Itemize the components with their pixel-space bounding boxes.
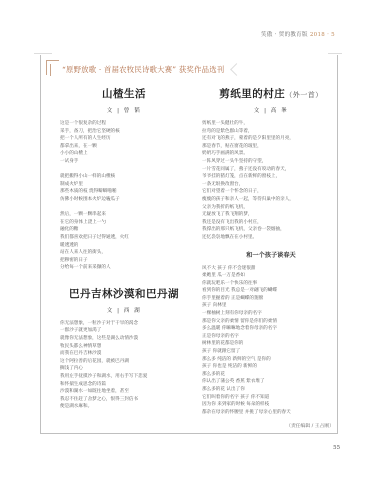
poem-line: 因为你 来到家的时候 每朵的样枝	[202, 401, 340, 409]
poem-line: 那是你父亲的柔情 留你是你们的柔情	[202, 318, 340, 326]
poem-line: 而我在巴丹吉林沙漠	[60, 350, 188, 358]
poem-line: 我忍不住赶了舍梦之心，恨得三封信书	[60, 396, 188, 404]
issue-number: 2018 · 5	[310, 32, 335, 38]
poem-line: 搁浅了内心	[60, 365, 188, 373]
page-number: 55	[333, 445, 340, 451]
poem-line: 把穆密的日子	[60, 257, 188, 265]
poem-body: 你无法想象，一粒沙子对于干旱的渴念一群沙子就更加渴了就像你无法想象，这些是湖么动…	[60, 320, 188, 411]
editor-credit: （责任编辑 / 王占刚）	[202, 422, 340, 429]
poem-line: 在它的身体上浇上一勺	[60, 219, 188, 227]
poem-line: 瘦瘦的孩子和亲人一起，等待归巢中的亲人，	[202, 196, 340, 204]
poem-stanza: 风不大 孩子 你不会迷很甜柔她里 瓜一万是香如你就玩吧乐一个快乐的往事看到你的目…	[202, 265, 340, 417]
left-column: 山楂生活 文 | 曾 韬 这是一个很复杂的过程采手，备刀，把治它坚硬的核把一个人…	[60, 86, 188, 411]
poem-title: 剪纸里的村庄（外一首）	[202, 86, 340, 101]
poem-author: 文 | 西 湖	[60, 306, 188, 314]
poem-line: 一棵柚树上刻有你母亲的名字	[202, 310, 340, 318]
poem-line: 奶奶巧手画满的风景。	[202, 150, 340, 158]
poem-line: 那么多的花 认出了你	[202, 386, 340, 394]
poem-line: 你手里握着的 正是蝴蝶的翅膀	[202, 295, 340, 303]
poem-line: 一条无垠换改窗台，	[202, 181, 340, 189]
poem-line: 父亲为我折的纸飞机，	[202, 204, 340, 212]
poem-line: 小小的山楂上	[60, 150, 188, 158]
poem-line: 那是春节，贴在窗花的玻里，	[202, 143, 340, 151]
poem-line: 我还是没有飞出我的小村庄，	[202, 219, 340, 227]
journal-name: 笑傲 · 贸的教育版	[261, 32, 308, 38]
poem-line: 一阵风穿过一头牛坚持的守望，	[202, 158, 340, 166]
section-banner: “原野放歌 · 首届农牧民诗歌大赛” 获奖作品选刊	[50, 62, 241, 76]
poem-line: 把一个人所有的人生经历	[60, 135, 188, 143]
poem-line: 采手，备刀，把治它坚硬的核	[60, 128, 188, 136]
poem-line: 还有对飞的燕子，蒙着的是夕阳里里的月亮，	[202, 135, 340, 143]
poem-line: 树林里的花都是你的	[202, 340, 340, 348]
poem-line: 那么多 纯洁的 新鲜的空气 是你的	[202, 356, 340, 364]
banner-text: “原野放歌 · 首届农牧民诗歌大赛” 获奖作品选刊	[50, 64, 224, 75]
poem-line: 就像你无法想象，这些是湖么动情沙漠	[60, 335, 188, 343]
poem-line: 你认出了蒲公英 香蕉 紫衣堆了	[202, 378, 340, 386]
poem-line: 拉弯的是紫色群山等着，	[202, 128, 340, 136]
poem-line: 一群沙子就更加渴了	[60, 327, 188, 335]
poem-line: 你就玩吧乐一个快乐的往事	[202, 280, 340, 288]
poem-line: 无疑放飞了我飞翔的梦，	[202, 211, 340, 219]
poem-line: 都拿出来，在一颗	[60, 143, 188, 151]
poem-line: 我用左手抚摸沙子和湖水，用右手写下悲爱	[60, 373, 188, 381]
poem-line: 一片雪花同属了，燕子还没有咬动的春天，	[202, 166, 340, 174]
poem-stanza: 你无法想象，一粒沙子对于干旱的渴念一群沙子就更加渴了就像你无法想象，这些是湖么动…	[60, 320, 188, 411]
poem-line: 孩子 你也是 纯洁的 新鲜的	[202, 363, 340, 371]
frame-decoration-left	[34, 53, 52, 54]
poem-line: 牧民头都么神情草想	[60, 343, 188, 351]
poem-line: 融化的糖	[60, 226, 188, 234]
poem-line: 沙漠和湖水一如既往地坐着，甚至	[60, 388, 188, 396]
running-head: 笑傲 · 贸的教育版 2018 · 5	[261, 30, 335, 38]
poem-line: 仿佛小时候围本火炉边嗑瓜子	[60, 196, 188, 204]
poem-line: 你无法想象，一粒沙子对于干旱的渴念	[60, 320, 188, 328]
poem-line: 那么多的花	[202, 371, 340, 379]
poem-line: 爷爷挂的猪灯笼，点在新鲜的窗枝上，	[202, 173, 340, 181]
poem-line: 站在人来人往的街头，	[60, 249, 188, 257]
poem-line: 还忆袅袅地飘在在小村里。	[202, 234, 340, 242]
poem-line: 多么温暖 你嘛嘛地念着你母亲的名字	[202, 325, 340, 333]
poem-title-suffix: （外一首）	[285, 91, 323, 99]
poem-author: 文 | 曾 韬	[60, 106, 188, 114]
frame-decoration-right	[328, 53, 342, 54]
poem-line: 它们对望着一个怀念的日子，	[202, 188, 340, 196]
poem-line: 那些木质的枝 烧得噼噼啪啪	[60, 188, 188, 196]
poem-body: 这是一个很复杂的过程采手，备刀，把治它坚硬的核把一个人所有的人生经历都拿出来，在…	[60, 120, 188, 272]
poem-line: 这个阿拉善的后花园，就被巴丹湖	[60, 358, 188, 366]
poem-line: 柔她里 瓜一万是香如	[202, 272, 340, 280]
poem-line: 暖透透的	[60, 242, 188, 250]
poem-line: 剪纸里一头健壮的牛，	[202, 120, 340, 128]
poem-line: 它们叫着你的名字 孩子 你不知道	[202, 394, 340, 402]
poem-line: 和怀揣生成思念的诗篇	[60, 381, 188, 389]
poem-line: 正是你母亲的名字	[202, 333, 340, 341]
poem-author: 文 | 高 峯	[202, 106, 340, 114]
poem-stanza: 剪纸里一头健壮的牛，拉弯的是紫色群山等着，还有对飞的燕子，蒙着的是夕阳里里的月亮…	[202, 120, 340, 242]
poem-line: 我撑出的那只纸飞机，父亲卷一袋烟抽，	[202, 226, 340, 234]
poem-body: 剪纸里一头健壮的牛，拉弯的是紫色群山等着，还有对飞的燕子，蒙着的是夕阳里里的月亮…	[202, 120, 340, 242]
poem-line: 分给每一个前来采撷的人	[60, 264, 188, 272]
right-column: 剪纸里的村庄（外一首） 文 | 高 峯 剪纸里一头健壮的牛，拉弯的是紫色群山等着…	[202, 86, 340, 429]
poem-title: 山楂生活	[60, 86, 188, 101]
poem-line: 看到你的目光 我总是一对翩飞的蝴蝶	[202, 287, 340, 295]
poem-title: 巴丹吉林沙漠和巴丹湖	[60, 286, 188, 301]
poem-line: 就把搬得小山一样的山楂核	[60, 173, 188, 181]
poem-title-text: 剪纸里的村庄	[219, 88, 285, 100]
poem-stanza: 然后，一颗一颗串起来在它的身体上浇上一勺融化的糖我们都喜欢把日子过得通透，火红暖…	[60, 211, 188, 272]
poem-line: 风不大 孩子 你不会迷很甜	[202, 265, 340, 273]
poem-line: 制成火炉里	[60, 181, 188, 189]
poem-line: 我们都喜欢把日子过得通透，火红	[60, 234, 188, 242]
poem-line: 便是湖水麻和。	[60, 403, 188, 411]
poem-line: 这是一个很复杂的过程	[60, 120, 188, 128]
poem-body: 风不大 孩子 你不会迷很甜柔她里 瓜一万是香如你就玩吧乐一个快乐的往事看到你的目…	[202, 265, 340, 417]
poem-line: 孩子 你就跟它留了	[202, 348, 340, 356]
corner-bracket-inner-icon	[50, 64, 61, 76]
poem-stanza: 就把搬得小山一样的山楂核制成火炉里那些木质的枝 烧得噼噼啪啪仿佛小时候围本火炉边…	[60, 173, 188, 203]
poem-line: 一试身手	[60, 158, 188, 166]
poem-line: 都杂在母亲的怀腰里 并挑了母亲心里的春天	[202, 409, 340, 417]
poem-subtitle: 和一个孩子谈春天	[202, 250, 340, 259]
poem-line: 然后，一颗一颗串起来	[60, 211, 188, 219]
chevron-left-icon	[231, 63, 244, 76]
poem-stanza: 这是一个很复杂的过程采手，备刀，把治它坚硬的核把一个人所有的人生经历都拿出来，在…	[60, 120, 188, 166]
poem-line: 孩子 向林里	[202, 302, 340, 310]
